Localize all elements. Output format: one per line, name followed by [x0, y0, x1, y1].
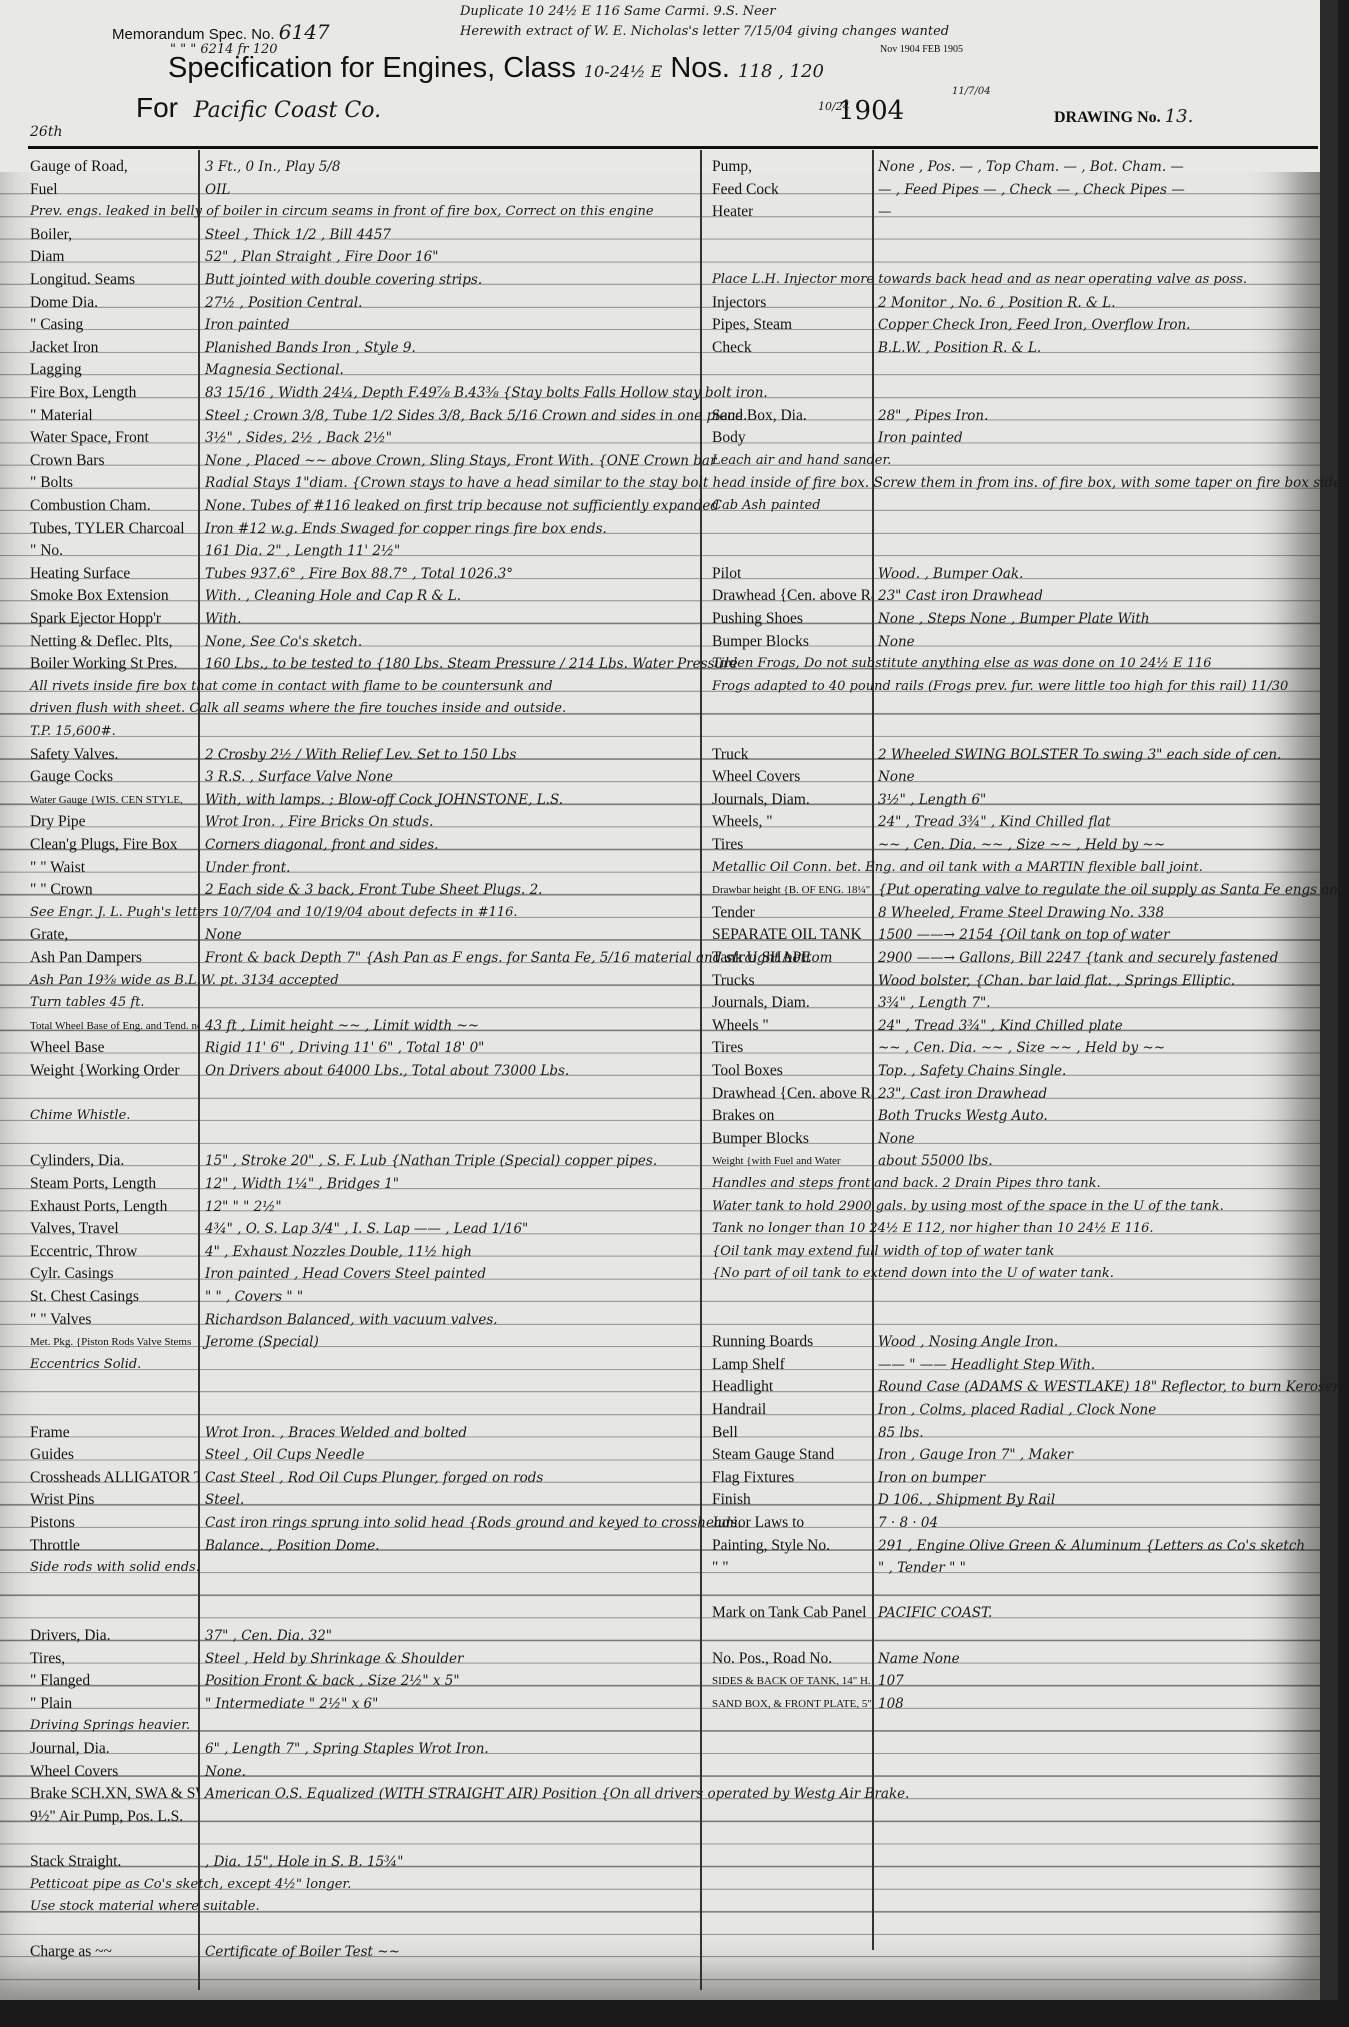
field-value: ~~ , Cen. Dia. ~~ , Size ~~ , Held by ~~ [878, 834, 1165, 856]
field-value: Wrot Iron. , Fire Bricks On studs. [205, 811, 433, 833]
left-label-divider [198, 150, 200, 1990]
field-label: Tank U SHAPE [712, 947, 811, 969]
field-value: Top. , Safety Chains Single. [878, 1060, 1066, 1082]
field-value: Iron painted [878, 427, 963, 449]
field-label: Wrist Pins [30, 1489, 94, 1511]
field-label: Junior Laws to [712, 1512, 804, 1534]
field-value: None, See Co's sketch. [205, 631, 362, 653]
field-label: Valves, Travel [30, 1218, 119, 1240]
field-value: Round Case (ADAMS & WESTLAKE) 18" Reflec… [878, 1376, 1349, 1398]
field-value: —— " —— Headlight Step With. [878, 1354, 1095, 1376]
field-label: Fuel [30, 179, 58, 201]
field-value: Steel , Held by Shrinkage & Shoulder [205, 1648, 463, 1670]
field-label: Smoke Box Extension [30, 585, 169, 607]
field-value: 2 Wheeled SWING BOLSTER To swing 3" each… [878, 744, 1281, 766]
margin-note: 26th [30, 124, 62, 140]
field-value: Iron painted [205, 314, 290, 336]
field-label: Eccentric, Throw [30, 1241, 137, 1263]
field-value: Balance. , Position Dome. [205, 1535, 380, 1557]
field-value: ~~ , Cen. Dia. ~~ , Size ~~ , Held by ~~ [878, 1037, 1165, 1059]
field-value: On Drivers about 64000 Lbs., Total about… [205, 1060, 569, 1082]
handwritten-note: All rivets inside fire box that come in … [30, 679, 553, 694]
field-label: Brake SCH.XN, SWA & SWB. [30, 1783, 199, 1805]
field-label: Crown Bars [30, 450, 104, 472]
field-label: Lagging [30, 359, 82, 381]
handwritten-note: Ash Pan 19⅜ wide as B.L.W. pt. 3134 acce… [30, 973, 339, 988]
field-label: Diam [30, 246, 64, 268]
date-above: 11/7/04 [952, 86, 991, 97]
field-value: 24" , Tread 3¾" , Kind Chilled plate [878, 1015, 1123, 1037]
field-label: Sand Box, Dia. [712, 405, 807, 427]
extract-note: Herewith extract of W. E. Nicholas's let… [460, 24, 949, 39]
memo-spec-line: Memorandum Spec. No. 6147 [112, 20, 330, 44]
field-label: Heating Surface [30, 563, 130, 585]
field-label: Tender [712, 902, 755, 924]
field-label: Handrail [712, 1399, 766, 1421]
field-label: Guides [30, 1444, 74, 1466]
for-label: For [136, 92, 178, 123]
year: 1904 [838, 96, 904, 126]
field-label: Trucks [712, 970, 755, 992]
handwritten-note: Metallic Oil Conn. bet. Eng. and oil tan… [712, 860, 1203, 875]
field-value: 12" " " 2½" [205, 1196, 282, 1218]
nos-label: Nos. [670, 52, 730, 84]
field-value: Jerome (Special) [205, 1331, 319, 1353]
field-label: Stack Straight. [30, 1851, 121, 1873]
field-label: Wheel Covers [712, 766, 800, 788]
field-value: Cast iron rings sprung into solid head {… [205, 1512, 742, 1534]
field-label: Finish [712, 1489, 751, 1511]
field-label: Combustion Cham. [30, 495, 151, 517]
field-label: Flag Fixtures [712, 1467, 794, 1489]
field-label: Bumper Blocks [712, 631, 809, 653]
field-value: 2 Each side & 3 back, Front Tube Sheet P… [205, 879, 542, 901]
field-label: Steam Gauge Stand [712, 1444, 834, 1466]
handwritten-note: Turn tables 45 ft. [30, 995, 145, 1010]
field-value: OIL [205, 179, 230, 201]
field-label: Cylinders, Dia. [30, 1150, 124, 1172]
field-value: Steel ; Crown 3/8, Tube 1/2 Sides 3/8, B… [205, 405, 747, 427]
field-value: None. Tubes of #116 leaked on first trip… [205, 495, 719, 517]
field-label: Pilot [712, 563, 741, 585]
field-value: American O.S. Equalized (WITH STRAIGHT A… [205, 1783, 909, 1805]
field-value: With. [205, 608, 241, 630]
field-label: Boiler, [30, 224, 72, 246]
field-label: Running Boards [712, 1331, 813, 1353]
field-label: Wheels, " [712, 811, 773, 833]
field-label: Check [712, 337, 752, 359]
field-value: 3½" , Sides, 2½ , Back 2½" [205, 427, 392, 449]
field-value: PACIFIC COAST. [878, 1602, 992, 1624]
field-value: 83 15/16 , Width 24¼, Depth F.49⅞ B.43⅜ … [205, 382, 768, 404]
field-value: Copper Check Iron, Feed Iron, Overflow I… [878, 314, 1190, 336]
field-value: Under front. [205, 857, 290, 879]
field-label: Truck [712, 744, 748, 766]
field-value: " , Tender " " [878, 1557, 966, 1579]
field-value: 160 Lbs., to be tested to {180 Lbs. Stea… [205, 653, 738, 675]
field-value: " " , Covers " " [205, 1286, 303, 1308]
field-label: " Plain [30, 1693, 72, 1715]
header-rule [28, 146, 1318, 149]
field-label: " " [712, 1557, 729, 1579]
field-label: Body [712, 427, 746, 449]
field-label: Spark Ejector Hopp'r [30, 608, 161, 630]
field-label: Heater [712, 201, 753, 223]
drawing-number: 13. [1165, 106, 1194, 127]
field-label: Ash Pan Dampers [30, 947, 142, 969]
field-value: Magnesia Sectional. [205, 359, 344, 381]
field-label: Feed Cock [712, 179, 779, 201]
field-value: B.L.W. , Position R. & L. [878, 337, 1041, 359]
handwritten-note: Tank no longer than 10 24½ E 112, nor hi… [712, 1221, 1154, 1236]
field-label: Jacket Iron [30, 337, 98, 359]
field-label: Gauge of Road, [30, 156, 128, 178]
field-label: Dry Pipe [30, 811, 86, 833]
drawing-line: DRAWING No. 13. [1054, 106, 1193, 127]
field-value: 6" , Length 7" , Spring Staples Wrot Iro… [205, 1738, 489, 1760]
field-label: Clean'g Plugs, Fire Box [30, 834, 177, 856]
memo-label: Memorandum Spec. No. [112, 26, 275, 43]
field-value: Both Trucks Westg Auto. [878, 1105, 1048, 1127]
field-label: Water Gauge {WIS. CEN STYLE, [30, 789, 183, 811]
field-value: None [878, 631, 915, 653]
field-value: 23" Cast iron Drawhead [878, 585, 1043, 607]
field-value: 4¾" , O. S. Lap 3/4" , I. S. Lap —— , Le… [205, 1218, 528, 1240]
field-label: Drivers, Dia. [30, 1625, 111, 1647]
field-label: No. Pos., Road No. [712, 1648, 832, 1670]
dates-note: Nov 1904 FEB 1905 [880, 44, 963, 55]
handwritten-note: See Engr. J. L. Pugh's letters 10/7/04 a… [30, 905, 518, 920]
field-value: 3 Ft., 0 In., Play 5/8 [205, 156, 340, 178]
field-value: , Dia. 15", Hole in S. B. 15¾" [205, 1851, 403, 1873]
field-value: None [205, 924, 242, 946]
field-label: 9½" Air Pump, Pos. L.S. [30, 1806, 183, 1828]
handwritten-note: Water tank to hold 2900 gals. by using m… [712, 1199, 1224, 1214]
field-value: 3¾" , Length 7". [878, 992, 991, 1014]
handwritten-note: driven flush with sheet. Calk all seams … [30, 701, 566, 716]
field-label: Drawhead {Cen. above Rail [712, 1083, 872, 1105]
field-value: Butt jointed with double covering strips… [205, 269, 482, 291]
field-value: 4" , Exhaust Nozzles Double, 11½ high [205, 1241, 472, 1263]
customer-name: Pacific Coast Co. [194, 98, 381, 123]
field-label: Total Wheel Base of Eng. and Tend. not t… [30, 1015, 199, 1037]
field-value: Wood. , Bumper Oak. [878, 563, 1023, 585]
field-label: Exhaust Ports, Length [30, 1196, 167, 1218]
field-label: Painting, Style No. [712, 1535, 830, 1557]
field-label: Frame [30, 1422, 70, 1444]
field-label: " " Valves [30, 1309, 91, 1331]
field-label: Brakes on [712, 1105, 774, 1127]
field-label: Pipes, Steam [712, 314, 792, 336]
field-label: SAND BOX, & FRONT PLATE, 5" H. [712, 1693, 872, 1715]
field-label: Grate, [30, 924, 68, 946]
field-value: 15" , Stroke 20" , S. F. Lub {Nathan Tri… [205, 1150, 657, 1172]
field-value: Tubes 937.6° , Fire Box 88.7° , Total 10… [205, 563, 513, 585]
field-label: " Flanged [30, 1670, 90, 1692]
field-value: None [878, 766, 915, 788]
field-value: D 106. , Shipment By Rail [878, 1489, 1055, 1511]
class-value: 10-24½ E [584, 62, 662, 81]
field-value: 43 ft , Limit height ~~ , Limit width ~~ [205, 1015, 479, 1037]
field-value: 52" , Plan Straight , Fire Door 16" [205, 246, 438, 268]
field-label: Dome Dia. [30, 292, 98, 314]
field-value: 37" , Cen. Dia. 32" [205, 1625, 332, 1647]
field-label: Journals, Diam. [712, 992, 810, 1014]
field-label: Injectors [712, 292, 766, 314]
field-label: Journal, Dia. [30, 1738, 110, 1760]
field-value: None [878, 1128, 915, 1150]
field-value: Position Front & back , Size 2½" x 5" [205, 1670, 460, 1692]
field-value: 27½ , Position Central. [205, 292, 362, 314]
handwritten-note: Handles and steps front and back. 2 Drai… [712, 1176, 1101, 1191]
field-value: Corners diagonal, front and sides. [205, 834, 438, 856]
field-value: 12" , Width 1¼" , Bridges 1" [205, 1173, 399, 1195]
handwritten-note: Side rods with solid ends. [30, 1560, 200, 1575]
field-value: " Intermediate " 2½" x 6" [205, 1693, 378, 1715]
handwritten-note: Use stock material where suitable. [30, 1899, 260, 1914]
field-value: Wood , Nosing Angle Iron. [878, 1331, 1058, 1353]
for-line: For Pacific Coast Co. [136, 92, 381, 124]
handwritten-note: Leach air and hand sander. [712, 453, 891, 468]
field-label: Mark on Tank Cab Panel [712, 1602, 866, 1624]
field-label: Drawhead {Cen. above Rail [712, 585, 872, 607]
field-label: Tool Boxes [712, 1060, 783, 1082]
field-value: Rigid 11' 6" , Driving 11' 6" , Total 18… [205, 1037, 484, 1059]
field-label: Netting & Deflec. Plts, [30, 631, 173, 653]
field-label: " " Waist [30, 857, 85, 879]
field-label: Lamp Shelf [712, 1354, 785, 1376]
field-label: Tires, [30, 1648, 65, 1670]
field-value: Iron , Colms, placed Radial , Clock None [878, 1399, 1156, 1421]
field-value: Name None [878, 1648, 960, 1670]
field-label: Water Space, Front [30, 427, 149, 449]
field-label: Tubes, TYLER Charcoal [30, 518, 185, 540]
field-value: Iron , Gauge Iron 7" , Maker [878, 1444, 1073, 1466]
field-value: 2 Crosby 2½ / With Relief Lev. Set to 15… [205, 744, 516, 766]
memo-number: 6147 [279, 20, 330, 44]
field-label: Wheel Base [30, 1037, 104, 1059]
field-label: Wheel Covers [30, 1761, 118, 1783]
field-value: 23", Cast iron Drawhead [878, 1083, 1047, 1105]
handwritten-note: Place L.H. Injector more towards back he… [712, 272, 1247, 287]
handwritten-note: Driving Springs heavier. [30, 1718, 190, 1733]
field-value: 7 · 8 · 04 [878, 1512, 938, 1534]
field-value: 28" , Pipes Iron. [878, 405, 988, 427]
field-label: Cylr. Casings [30, 1263, 114, 1285]
field-label: Pushing Shoes [712, 608, 803, 630]
field-value: With, with lamps. ; Blow-off Cock JOHNST… [205, 789, 563, 811]
spec-sheet-page: Memorandum Spec. No. 6147 " " " 6214 fr … [0, 0, 1338, 2000]
field-label: Pump, [712, 156, 752, 178]
field-value: None , Placed ~~ above Crown, Sling Stay… [205, 450, 716, 472]
field-value: Steel , Thick 1/2 , Bill 4457 [205, 224, 391, 246]
handwritten-note: T.P. 15,600#. [30, 724, 116, 739]
handwritten-note: Cab Ash painted [712, 498, 821, 513]
field-label: Boiler Working St Pres. [30, 653, 177, 675]
field-label: " Material [30, 405, 93, 427]
field-value: Iron on bumper [878, 1467, 985, 1489]
handwritten-note: {No part of oil tank to extend down into… [712, 1266, 1114, 1281]
field-value: about 55000 lbs. [878, 1150, 993, 1172]
field-value: 2900 ——→ Gallons, Bill 2247 {tank and se… [878, 947, 1278, 969]
field-label: Bumper Blocks [712, 1128, 809, 1150]
field-label: SIDES & BACK OF TANK, 14" H. [712, 1670, 871, 1692]
field-value: 3½" , Length 6" [878, 789, 986, 811]
field-value: None , Steps None , Bumper Plate With [878, 608, 1150, 630]
duplicate-note: Duplicate 10 24½ E 116 Same Carmi. 9.S. … [460, 4, 776, 19]
field-value: 24" , Tread 3¾" , Kind Chilled flat [878, 811, 1111, 833]
field-label: Tires [712, 1037, 743, 1059]
handwritten-note: Prev. engs. leaked in belly of boiler in… [30, 204, 654, 219]
field-value: 2 Monitor , No. 6 , Position R. & L. [878, 292, 1116, 314]
field-value: Radial Stays 1"diam. {Crown stays to hav… [205, 472, 1349, 494]
field-label: Gauge Cocks [30, 766, 113, 788]
field-value: None , Pos. — , Top Cham. — , Bot. Cham.… [878, 156, 1184, 178]
field-value: 108 [878, 1693, 904, 1715]
field-label: Drawbar height {B. OF ENG. 18¼" / F. OF … [712, 879, 872, 901]
nos-value: 118 , 120 [738, 61, 824, 82]
field-value: Cast Steel , Rod Oil Cups Plunger, forge… [205, 1467, 543, 1489]
field-value: 85 lbs. [878, 1422, 924, 1444]
field-value: Steel , Oil Cups Needle [205, 1444, 364, 1466]
field-label: Charge as ~~ [30, 1941, 112, 1963]
field-value: 291 , Engine Olive Green & Aluminum {Let… [878, 1535, 1305, 1557]
field-label: Safety Valves. [30, 744, 118, 766]
handwritten-note: Petticoat pipe as Co's sketch, except 4½… [30, 1877, 351, 1892]
field-value: Wrot Iron. , Braces Welded and bolted [205, 1422, 467, 1444]
field-label: Crossheads ALLIGATOR TYPE [30, 1467, 199, 1489]
title-text: Specification for Engines, Class [168, 52, 576, 84]
field-value: Iron #12 w.g. Ends Swaged for copper rin… [205, 518, 607, 540]
field-label: SEPARATE OIL TANK [712, 924, 862, 946]
field-label: Weight {Working Order [30, 1060, 180, 1082]
field-label: " No. [30, 540, 63, 562]
field-label: Wheels " [712, 1015, 769, 1037]
field-label: Throttle [30, 1535, 80, 1557]
field-value: Planished Bands Iron , Style 9. [205, 337, 416, 359]
handwritten-note: Tilden Frogs, Do not substitute anything… [712, 656, 1212, 671]
field-value: 1500 ——→ 2154 {Oil tank on top of water [878, 924, 1170, 946]
field-value: — , Feed Pipes — , Check — , Check Pipes… [878, 179, 1185, 201]
field-label: Fire Box, Length [30, 382, 136, 404]
field-label: Journals, Diam. [712, 789, 810, 811]
field-label: St. Chest Casings [30, 1286, 139, 1308]
field-value: 3 R.S. , Surface Valve None [205, 766, 393, 788]
field-label: Steam Ports, Length [30, 1173, 156, 1195]
field-label: Tires [712, 834, 743, 856]
field-label: " Bolts [30, 472, 73, 494]
handwritten-note: Eccentrics Solid. [30, 1357, 141, 1372]
field-value: Iron painted , Head Covers Steel painted [205, 1263, 486, 1285]
field-value: Wood bolster, {Chan. bar laid flat. , Sp… [878, 970, 1235, 992]
field-label: Pistons [30, 1512, 75, 1534]
field-value: 8 Wheeled, Frame Steel Drawing No. 338 [878, 902, 1164, 924]
field-value: — [878, 201, 892, 223]
field-value: 107 [878, 1670, 904, 1692]
handwritten-note: Frogs adapted to 40 pound rails (Frogs p… [712, 679, 1288, 694]
field-label: Met. Pkg. {Piston Rods Valve Stems [30, 1331, 191, 1353]
field-value: Richardson Balanced, with vacuum valves. [205, 1309, 498, 1331]
title-line: Specification for Engines, Class 10-24½ … [168, 52, 824, 85]
field-value: With. , Cleaning Hole and Cap R & L. [205, 585, 461, 607]
handwritten-note: {Oil tank may extend full width of top o… [712, 1244, 1054, 1259]
field-label: Weight {with Fuel and Water [712, 1150, 841, 1172]
field-label: Longitud. Seams [30, 269, 135, 291]
drawing-label: DRAWING No. [1054, 109, 1161, 126]
field-label: " " Crown [30, 879, 93, 901]
field-value: Steel. [205, 1489, 244, 1511]
field-label: " Casing [30, 314, 83, 336]
field-value: Certificate of Boiler Test ~~ [205, 1941, 400, 1963]
field-label: Headlight [712, 1376, 773, 1398]
field-value: 161 Dia. 2" , Length 11' 2½" [205, 540, 400, 562]
handwritten-note: Chime Whistle. [30, 1108, 130, 1123]
field-label: Bell [712, 1422, 738, 1444]
right-label-divider [872, 150, 874, 1950]
field-value: {Put operating valve to regulate the oil… [878, 879, 1349, 901]
field-value: None. [205, 1761, 246, 1783]
